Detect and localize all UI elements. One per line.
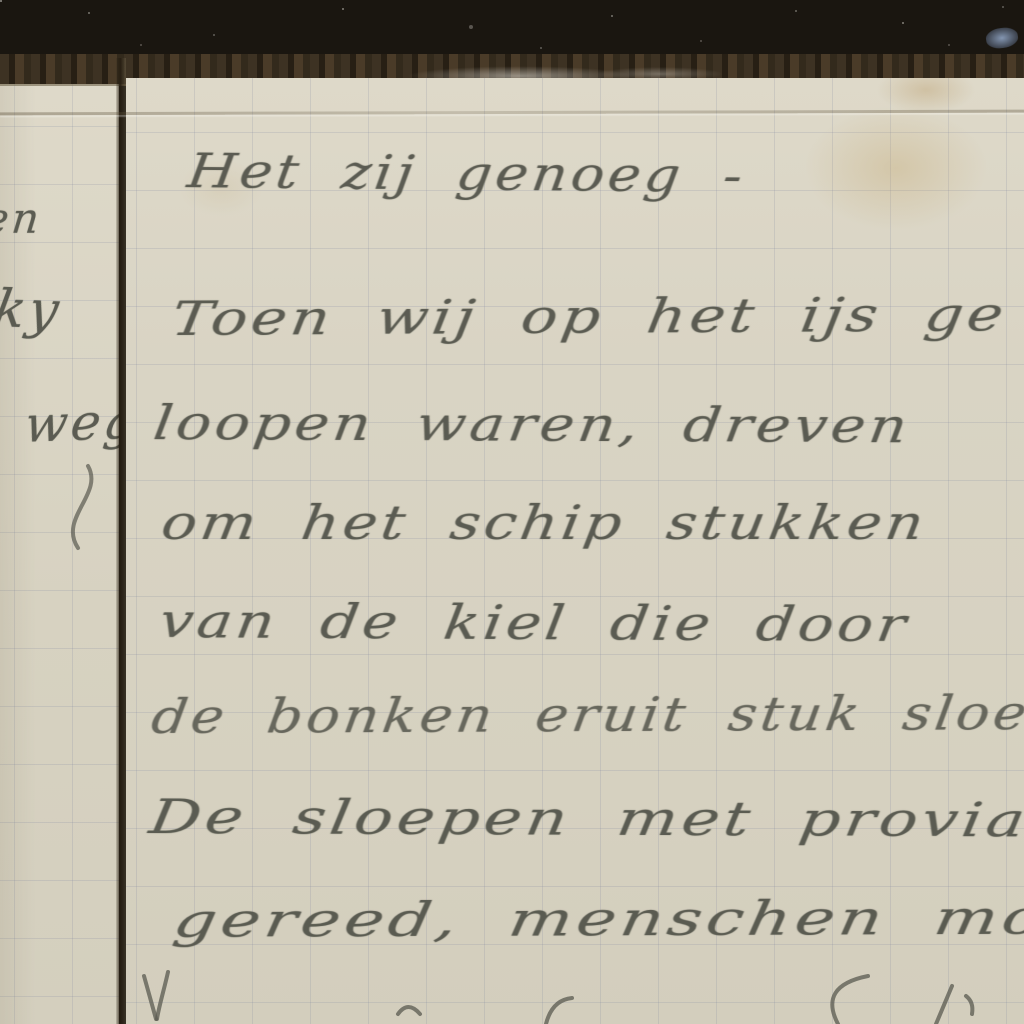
handwriting-line: om het schip stukken (158, 496, 931, 551)
handwriting-line: gereed, menschen mond (169, 890, 1024, 949)
dust-specks (0, 0, 2, 2)
page-gutter (116, 58, 126, 1024)
handwriting-line: Het zij genoeg - (184, 144, 749, 204)
handwriting-line: van de kiel die door (156, 594, 913, 653)
notebook-photo: en kky - weg Het zij genoeg - Toen wij o… (0, 0, 1024, 1024)
handwriting-line: de bonken eruit stuk sloeg (148, 686, 1024, 745)
handwriting-fragment: kky (0, 278, 66, 342)
handwriting-line: Toen wij op het ijs ge (168, 287, 1011, 347)
partial-bottom-line-strokes (126, 78, 1024, 1024)
handwriting-fragment: en (0, 194, 44, 243)
handwriting-line: loopen waren, dreven (150, 396, 914, 454)
handwriting-fragment: - weg (0, 392, 119, 456)
right-page: Het zij genoeg - Toen wij op het ijs ge … (126, 78, 1024, 1024)
left-page-sliver: en kky - weg (0, 84, 119, 1024)
blue-paper-fragment (985, 26, 1019, 50)
handwriting-line: De sloepen met proviand (146, 790, 1024, 849)
